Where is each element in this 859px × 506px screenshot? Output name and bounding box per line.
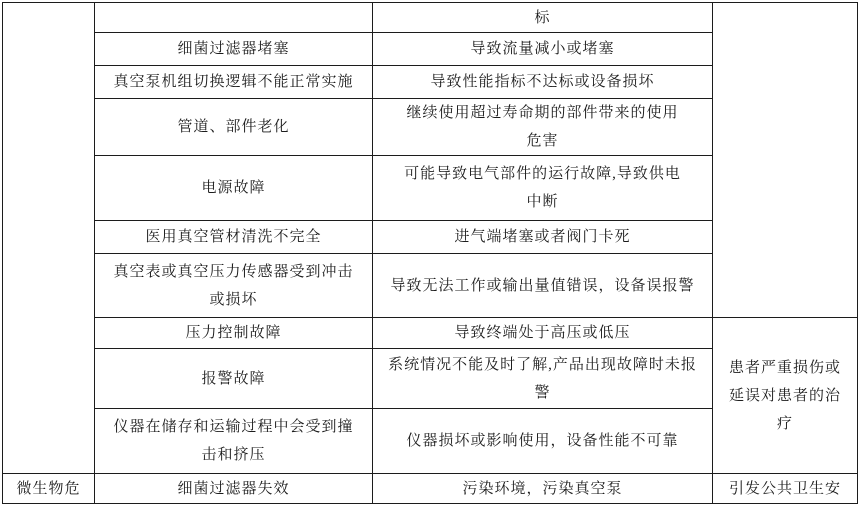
document-page: 标 细菌过滤器堵塞 导致流量减小或堵塞 真空泵机组切换逻辑不能正常实施 导致性能… <box>0 0 859 506</box>
cell-consequence: 进气端堵塞或者阀门卡死 <box>373 221 713 254</box>
cell-consequence: 可能导致电气部件的运行故障,导致供电 中断 <box>373 156 713 221</box>
cell-hazard-cause: 电源故障 <box>95 156 373 221</box>
risk-analysis-table: 标 细菌过滤器堵塞 导致流量减小或堵塞 真空泵机组切换逻辑不能正常实施 导致性能… <box>2 2 858 504</box>
cell-consequence: 导致无法工作或输出量值错误，设备误报警 <box>373 254 713 318</box>
cell-hazard-cause: 仪器在储存和运输过程中会受到撞 击和挤压 <box>95 409 373 474</box>
cell-hazard-cause <box>95 3 373 33</box>
cell-consequence: 导致流量减小或堵塞 <box>373 33 713 66</box>
cell-hazard-category-microbial: 微生物危 <box>3 474 95 504</box>
table-row: 标 <box>3 3 858 33</box>
cell-hazard-category-empty <box>3 3 95 474</box>
cell-consequence: 导致终端处于高压或低压 <box>373 318 713 349</box>
cell-harm-public: 引发公共卫生安 <box>713 474 858 504</box>
cell-harm-empty <box>713 3 858 318</box>
cell-hazard-cause: 细菌过滤器堵塞 <box>95 33 373 66</box>
cell-hazard-cause: 真空表或真空压力传感器受到冲击 或损坏 <box>95 254 373 318</box>
cell-consequence: 系统情况不能及时了解,产品出现故障时未报 警 <box>373 349 713 409</box>
cell-consequence: 标 <box>373 3 713 33</box>
cell-harm-patient: 患者严重损伤或 延误对患者的治 疗 <box>713 318 858 474</box>
cell-hazard-cause: 管道、部件老化 <box>95 99 373 156</box>
cell-consequence: 污染环境，污染真空泵 <box>373 474 713 504</box>
table-row: 压力控制故障 导致终端处于高压或低压 患者严重损伤或 延误对患者的治 疗 <box>3 318 858 349</box>
cell-hazard-cause: 细菌过滤器失效 <box>95 474 373 504</box>
cell-hazard-cause: 压力控制故障 <box>95 318 373 349</box>
cell-hazard-cause: 医用真空管材清洗不完全 <box>95 221 373 254</box>
cell-consequence: 仪器损坏或影响使用，设备性能不可靠 <box>373 409 713 474</box>
cell-consequence: 导致性能指标不达标或设备损坏 <box>373 66 713 99</box>
cell-hazard-cause: 真空泵机组切换逻辑不能正常实施 <box>95 66 373 99</box>
table-row: 微生物危 细菌过滤器失效 污染环境，污染真空泵 引发公共卫生安 <box>3 474 858 504</box>
cell-hazard-cause: 报警故障 <box>95 349 373 409</box>
cell-consequence: 继续使用超过寿命期的部件带来的使用 危害 <box>373 99 713 156</box>
